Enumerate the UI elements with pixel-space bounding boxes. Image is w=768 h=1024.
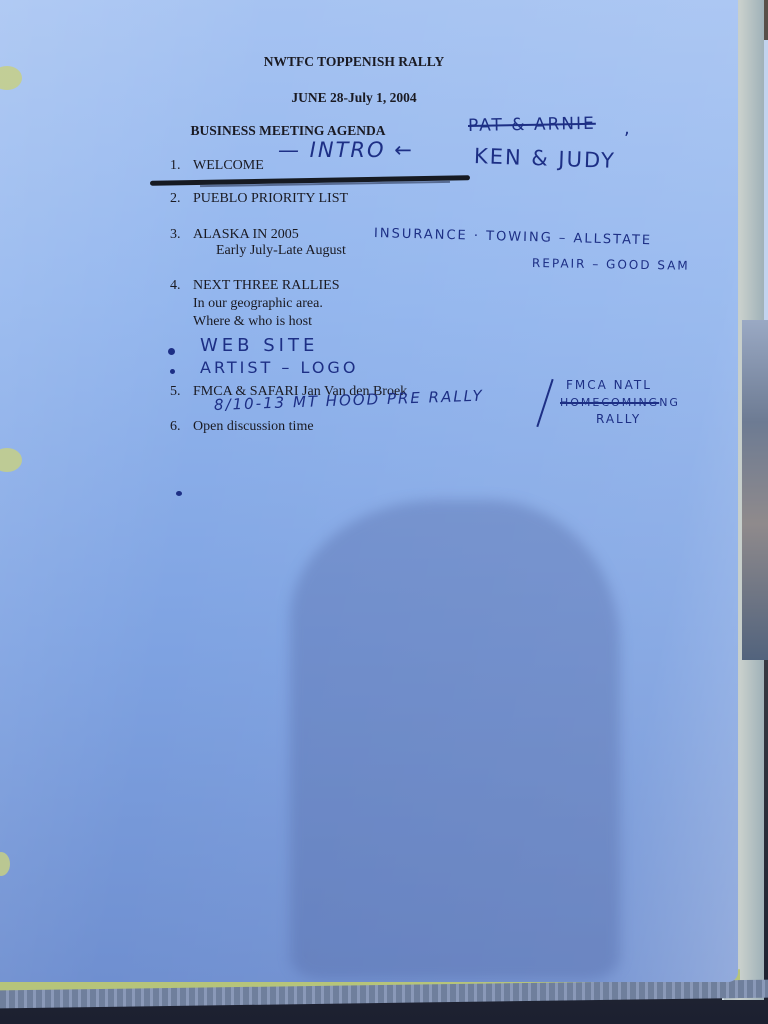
agenda-item-6: 6.Open discussion time [170, 418, 314, 435]
handwritten-fmca-natl: FMCA NATL [566, 378, 652, 392]
item-number: 2. [170, 190, 193, 207]
item-label: WELCOME [193, 158, 264, 173]
bullet-dot [168, 348, 175, 355]
document-dates: JUNE 28-July 1, 2004 [0, 90, 708, 106]
agenda-item-4-detail: In our geographic area. [193, 295, 323, 312]
handwritten-suffix: NG [659, 396, 680, 409]
handwritten-homecoming: HOMECOMINGNG [560, 396, 680, 409]
handwritten-repair-note: REPAIR – GOOD SAM [532, 256, 690, 273]
item-number: 4. [170, 277, 193, 294]
item-number: 1. [170, 157, 193, 174]
handwritten-struck-names: PAT & ARNIE [468, 114, 596, 136]
handwritten-rally: RALLY [596, 412, 641, 426]
item-number: 5. [170, 383, 193, 400]
agenda-item-2: 2.PUEBLO PRIORITY LIST [170, 190, 348, 207]
adjacent-photo [742, 320, 768, 660]
bullet-dot [170, 369, 175, 374]
agenda-item-4: 4.NEXT THREE RALLIES [170, 277, 339, 294]
item-label: Open discussion time [193, 419, 314, 434]
agenda-document: NWTFC TOPPENISH RALLY JUNE 28-July 1, 20… [0, 0, 738, 982]
item-number: 3. [170, 226, 193, 243]
item-label: PUEBLO PRIORITY LIST [193, 191, 348, 206]
handwritten-insurance-note: INSURANCE · TOWING – ALLSTATE [374, 226, 652, 248]
agenda-page: NWTFC TOPPENISH RALLY JUNE 28-July 1, 20… [0, 0, 738, 982]
handwritten-intro-note: — INTRO ← [278, 138, 414, 162]
agenda-item-1: 1.WELCOME [170, 157, 264, 174]
handwritten-bullet-website: WEB SITE [200, 335, 318, 356]
item-label: NEXT THREE RALLIES [193, 278, 339, 293]
agenda-item-3: 3.ALASKA IN 2005 [170, 226, 299, 243]
handwritten-struck-word: HOMECOMING [560, 396, 659, 409]
document-title: NWTFC TOPPENISH RALLY [0, 54, 708, 70]
ink-slash [536, 379, 553, 427]
handwritten-bullet-artist-logo: ARTIST – LOGO [200, 358, 358, 377]
item-number: 6. [170, 418, 193, 435]
handwritten-names: KEN & JUDY [474, 144, 617, 173]
item-label: ALASKA IN 2005 [193, 227, 299, 242]
agenda-item-4-detail: Where & who is host [193, 313, 312, 330]
bullet-dot [176, 491, 182, 496]
handwritten-comma: , [624, 118, 632, 139]
agenda-item-3-detail: Early July-Late August [216, 242, 346, 259]
